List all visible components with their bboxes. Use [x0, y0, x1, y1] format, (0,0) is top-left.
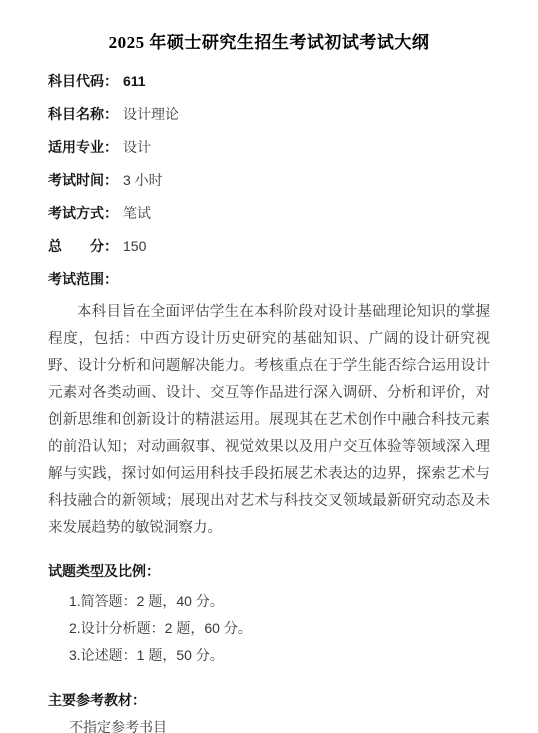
meta-label: 考试方式： — [48, 205, 118, 221]
document-page: 2025 年硕士研究生招生考试初试考试大纲 科目代码：611 科目名称：设计理论… — [0, 0, 538, 733]
question-types-heading: 试题类型及比例： — [48, 564, 490, 579]
reference-note: 不指定参考书目 — [48, 720, 490, 733]
meta-label: 总 分： — [48, 238, 118, 254]
meta-value: 3 小时 — [123, 172, 163, 188]
meta-value: 笔试 — [123, 205, 151, 221]
exam-scope-heading: 考试范围： — [48, 272, 490, 287]
section-exam-scope: 考试范围： 本科目旨在全面评估学生在本科阶段对设计基础理论知识的掌握程度，包括：… — [48, 272, 490, 542]
meta-label: 考试时间： — [48, 172, 118, 188]
meta-label: 适用专业： — [48, 139, 118, 155]
meta-row-exam-format: 考试方式：笔试 — [48, 206, 490, 221]
meta-value: 611 — [123, 73, 146, 89]
meta-row-exam-duration: 考试时间：3 小时 — [48, 173, 490, 188]
question-item: 2.设计分析题：2 题，60 分。 — [48, 615, 490, 642]
meta-row-total-score: 总 分：150 — [48, 239, 490, 254]
meta-label: 科目名称： — [48, 106, 118, 122]
page-title: 2025 年硕士研究生招生考试初试考试大纲 — [48, 30, 490, 56]
question-list: 1.简答题：2 题，40 分。 2.设计分析题：2 题，60 分。 3.论述题：… — [48, 588, 490, 669]
meta-label: 科目代码： — [48, 73, 118, 89]
meta-row-applicable-major: 适用专业：设计 — [48, 140, 490, 155]
section-question-types: 试题类型及比例： 1.简答题：2 题，40 分。 2.设计分析题：2 题，60 … — [48, 564, 490, 669]
meta-value: 设计理论 — [123, 106, 179, 122]
meta-value: 150 — [123, 238, 146, 254]
meta-row-subject-code: 科目代码：611 — [48, 74, 490, 89]
section-reference-materials: 主要参考教材： 不指定参考书目 — [48, 693, 490, 733]
meta-row-subject-name: 科目名称：设计理论 — [48, 107, 490, 122]
question-item: 1.简答题：2 题，40 分。 — [48, 588, 490, 615]
reference-materials-heading: 主要参考教材： — [48, 693, 490, 708]
meta-value: 设计 — [123, 139, 151, 155]
meta-block: 科目代码：611 科目名称：设计理论 适用专业：设计 考试时间：3 小时 考试方… — [48, 74, 490, 254]
exam-scope-paragraph: 本科目旨在全面评估学生在本科阶段对设计基础理论知识的掌握程度，包括：中西方设计历… — [48, 299, 490, 542]
question-item: 3.论述题：1 题，50 分。 — [48, 642, 490, 669]
